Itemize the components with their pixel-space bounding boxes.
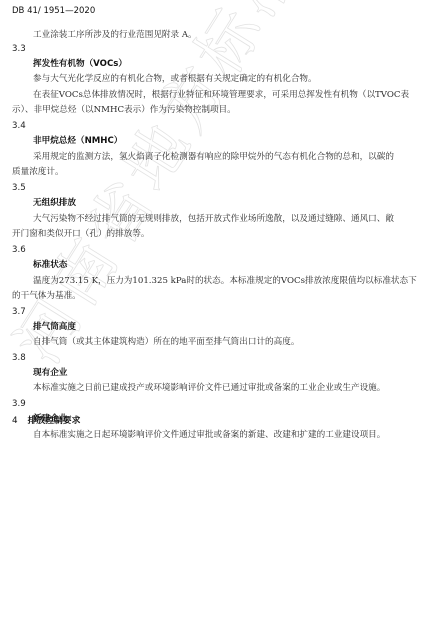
clause-number: 3.6 [12,245,26,256]
clause-number: 3.4 [12,121,26,132]
term-title: 非甲烷总烃（NMHC） [33,136,122,147]
term-title: 排气筒高度 [33,322,76,333]
term-definition: 大气污染物不经过排气筒的无规则排放，包括开放式作业场所逸散，以及通过缝隙、通风口… [33,214,394,225]
document-page: 河南省地方标准公共服务 DB 41/ 1951—2020 工业涂装工序所涉及的行… [0,0,442,625]
term-definition: 示）、非甲烷总烃（以NMHC表示）作为污染物控制项目。 [12,105,236,116]
term-definition: 本标准实施之日前已建成投产或环境影响评价文件已通过审批或备案的工业企业或生产设施… [33,383,385,394]
intro-text: 工业涂装工序所涉及的行业范围见附录 A。 [33,30,197,41]
section-title: 排放控制要求 [28,416,81,426]
watermark-text: 河南省地方标准公共服务 [0,0,442,377]
term-definition: 自排气筒（或其主体建筑构造）所在的地平面至排气筒出口计的高度。 [33,337,299,348]
section-number: 4 [12,416,18,426]
term-title: 挥发性有机物（VOCs） [33,59,127,70]
clause-number: 3.5 [12,183,26,194]
term-definition: 质量浓度计。 [12,167,64,178]
document-id-header: DB 41/ 1951—2020 [12,6,95,16]
clause-number: 3.3 [12,44,26,55]
clause-number: 3.8 [12,353,26,364]
clause-number: 3.7 [12,307,26,318]
term-title: 现有企业 [33,368,67,379]
term-definition: 自本标准实施之日起环境影响评价文件通过审批或备案的新建、改建和扩建的工业建设项目… [33,430,385,441]
term-title: 标准状态 [33,260,67,271]
term-definition: 采用规定的监测方法，氢火焰离子化检测器有响应的除甲烷外的气态有机化合物的总和，以… [33,152,394,163]
term-definition: 参与大气光化学反应的有机化合物，或者根据有关规定确定的有机化合物。 [33,74,317,85]
term-definition: 的干气体为基准。 [12,291,81,302]
term-definition: 在表征VOCs总体排放情况时，根据行业特征和环境管理要求，可采用总挥发性有机物（… [33,90,409,101]
term-definition: 开门窗和类似开口（孔）的排放等。 [12,229,150,240]
term-definition: 温度为273.15 K，压力为101.325 kPa时的状态。本标准规定的VOC… [33,276,417,287]
clause-number: 3.9 [12,399,26,410]
section-4-heading: 4排放控制要求 [12,416,80,427]
term-title: 无组织排放 [33,198,76,209]
